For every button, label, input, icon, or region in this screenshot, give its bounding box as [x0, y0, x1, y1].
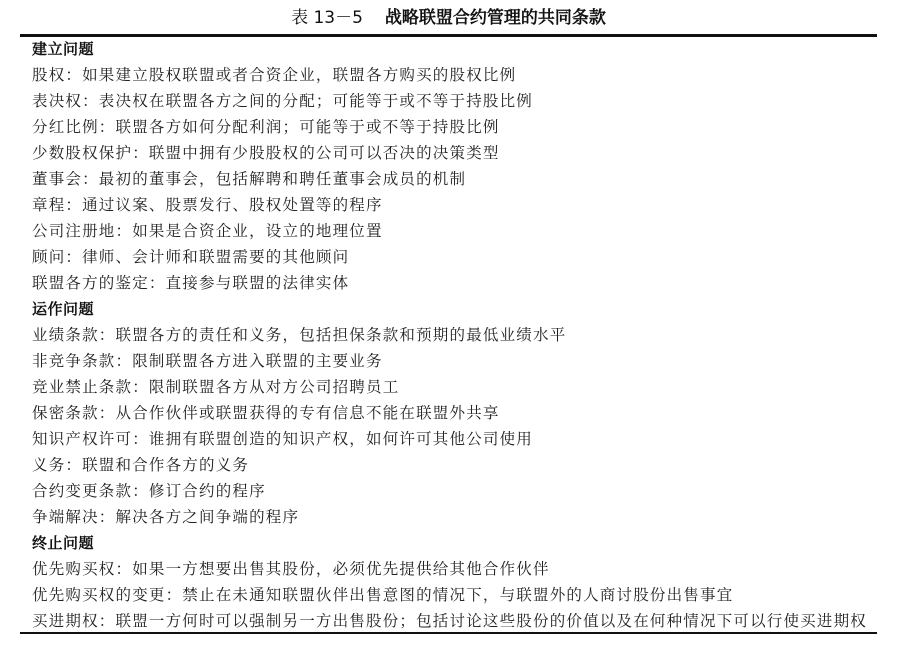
clause-item: 优先购买权的变更：禁止在未通知联盟伙伴出售意图的情况下，与联盟外的人商讨股份出售…	[32, 582, 877, 608]
clause-item: 股权：如果建立股权联盟或者合资企业，联盟各方购买的股权比例	[32, 62, 877, 88]
clause-item: 保密条款：从合作伙伴或联盟获得的专有信息不能在联盟外共享	[32, 400, 877, 426]
clause-item: 优先购买权：如果一方想要出售其股份，必须优先提供给其他合作伙伴	[32, 556, 877, 582]
clause-item: 买进期权：联盟一方何时可以强制另一方出售股份；包括讨论这些股份的价值以及在何种情…	[32, 608, 877, 634]
clause-item: 争端解决：解决各方之间争端的程序	[32, 504, 877, 530]
clause-item: 义务：联盟和合作各方的义务	[32, 452, 877, 478]
clause-item: 知识产权许可：谁拥有联盟创造的知识产权，如何许可其他公司使用	[32, 426, 877, 452]
table-caption: 战略联盟合约管理的共同条款	[385, 8, 606, 28]
clause-item: 顾问：律师、会计师和联盟需要的其他顾问	[32, 244, 877, 270]
clause-item: 业绩条款：联盟各方的责任和义务，包括担保条款和预期的最低业绩水平	[32, 322, 877, 348]
clause-item: 董事会：最初的董事会，包括解聘和聘任董事会成员的机制	[32, 166, 877, 192]
clause-item: 竞业禁止条款：限制联盟各方从对方公司招聘员工	[32, 374, 877, 400]
clause-item: 少数股权保护：联盟中拥有少股股权的公司可以否决的决策类型	[32, 140, 877, 166]
clause-item: 非竞争条款：限制联盟各方进入联盟的主要业务	[32, 348, 877, 374]
section-heading-operation: 运作问题	[32, 296, 877, 322]
clause-item: 表决权：表决权在联盟各方之间的分配；可能等于或不等于持股比例	[32, 88, 877, 114]
clause-item: 合约变更条款：修订合约的程序	[32, 478, 877, 504]
clause-item: 公司注册地：如果是合资企业，设立的地理位置	[32, 218, 877, 244]
bottom-rule	[20, 632, 877, 634]
section-heading-termination: 终止问题	[32, 530, 877, 556]
clause-item: 分红比例：联盟各方如何分配利润；可能等于或不等于持股比例	[32, 114, 877, 140]
clause-item: 联盟各方的鉴定：直接参与联盟的法律实体	[32, 270, 877, 296]
table-number: 表 13－5	[291, 8, 363, 28]
table-title: 表 13－5战略联盟合约管理的共同条款	[0, 6, 897, 30]
clause-table: 建立问题 股权：如果建立股权联盟或者合资企业，联盟各方购买的股权比例 表决权：表…	[32, 36, 877, 634]
section-heading-establishment: 建立问题	[32, 36, 877, 62]
clause-item: 章程：通过议案、股票发行、股权处置等的程序	[32, 192, 877, 218]
